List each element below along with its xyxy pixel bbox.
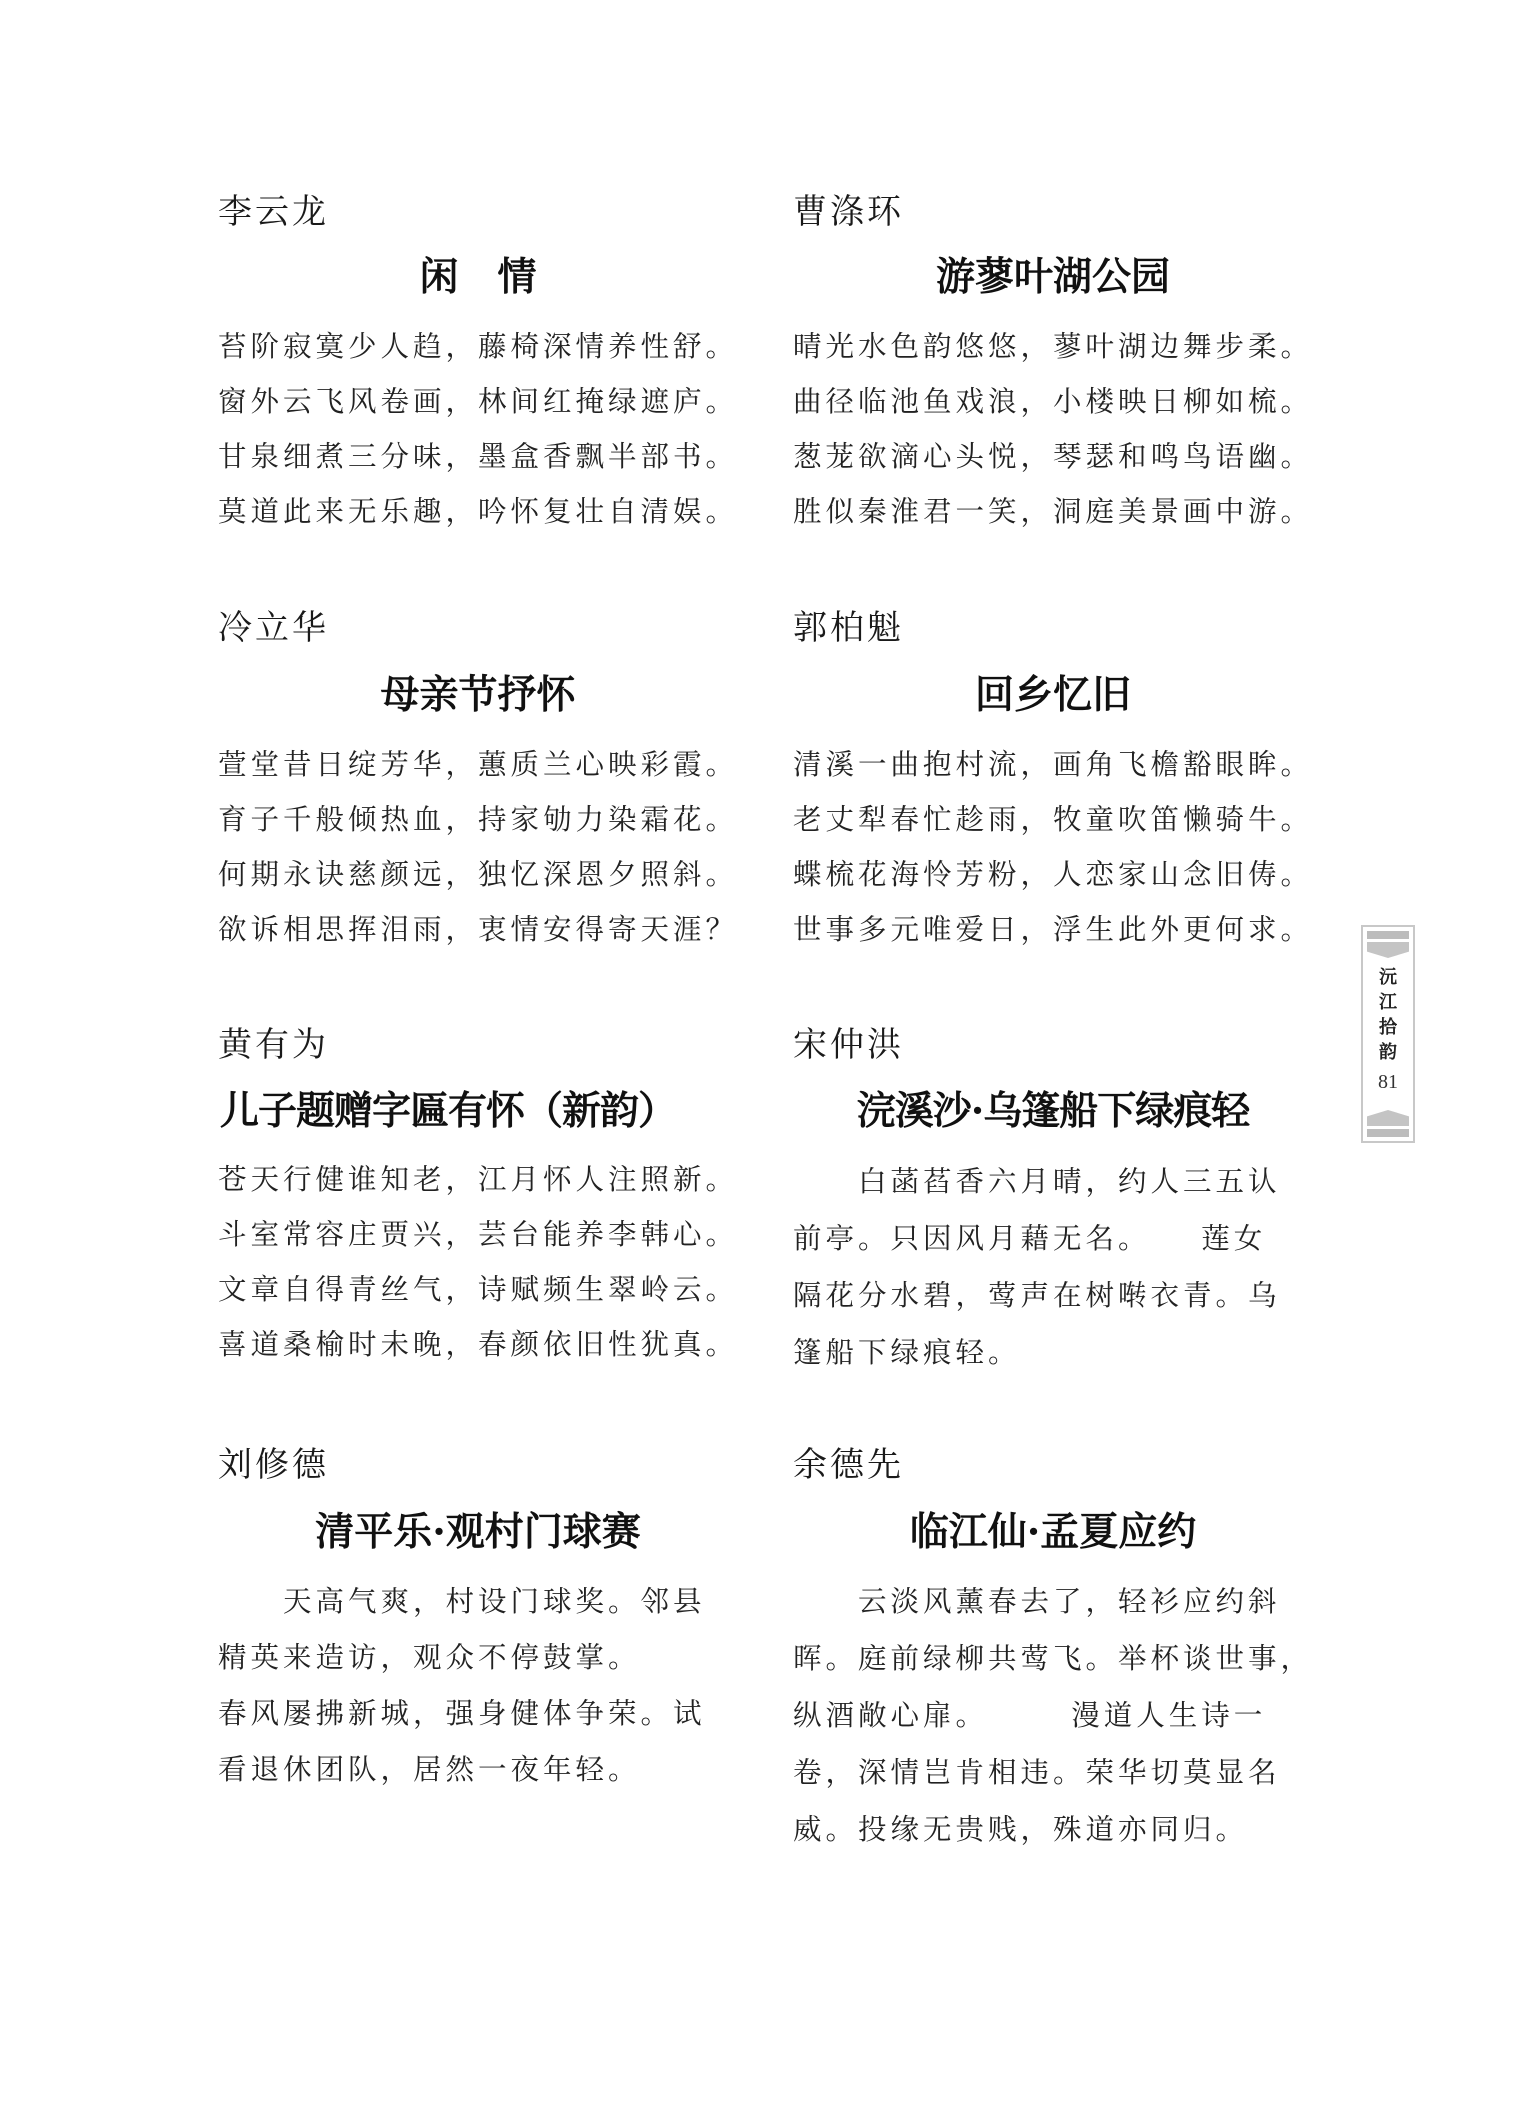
- poem-author: 李云龙: [218, 192, 329, 232]
- poem-line: 精英来造访，观众不停鼓掌。: [218, 1641, 641, 1675]
- poem-line: 看退休团队，居然一夜年轻。: [218, 1753, 641, 1787]
- book-title-char: 江: [1363, 990, 1413, 1015]
- poem-line: 苔阶寂寞少人趋，藤椅深情养性舒。: [218, 330, 738, 364]
- poem-title: 游蓼叶湖公园: [793, 254, 1313, 300]
- poem-author: 黄有为: [218, 1025, 329, 1065]
- poem-line: 蝶梳花海怜芳粉，人恋家山念旧俦。: [793, 858, 1313, 892]
- poem-line: 葱茏欲滴心头悦，琴瑟和鸣鸟语幽。: [793, 440, 1313, 474]
- poem-line: 世事多元唯爱日，浮生此外更何求。: [793, 913, 1313, 947]
- poem-line: 卷，深情岂肯相违。荣华切莫显名: [793, 1756, 1281, 1790]
- poem-title: 临江仙·孟夏应约: [793, 1509, 1313, 1555]
- poem-title: 母亲节抒怀: [218, 672, 738, 718]
- poem-line: 老丈犁春忙趁雨，牧童吹笛懒骑牛。: [793, 803, 1313, 837]
- poem-line: 隔花分水碧，莺声在树啭衣青。乌: [793, 1279, 1281, 1313]
- poem-line: 萱堂昔日绽芳华，蕙质兰心映彩霞。: [218, 748, 738, 782]
- poem-author: 郭柏魁: [793, 608, 904, 648]
- poem-line: 窗外云飞风卷画，林间红掩绿遮庐。: [218, 385, 738, 419]
- section-thumb-tab: 沅 江 拾 韵 81: [1361, 925, 1415, 1143]
- poem-line: 喜道桑榆时未晚，春颜依旧性犹真。: [218, 1328, 738, 1362]
- poem-line: 斗室常容庄贾兴，芸台能养李韩心。: [218, 1218, 738, 1252]
- page-number: 81: [1363, 1070, 1413, 1094]
- poem-title: 儿子题赠字匾有怀（新韵）: [220, 1088, 740, 1134]
- poem-author: 宋仲洪: [793, 1025, 904, 1065]
- poem-line: 甘泉细煮三分味，墨盒香飘半部书。: [218, 440, 738, 474]
- poem-line: 前亭。只因风月藉无名。 莲女: [793, 1222, 1266, 1256]
- poem-author: 冷立华: [218, 608, 329, 648]
- poem-title: 清平乐·观村门球赛: [218, 1509, 738, 1555]
- poem-line: 文章自得青丝气，诗赋频生翠岭云。: [218, 1273, 738, 1307]
- poem-line: 纵酒敞心扉。 漫道人生诗一: [793, 1699, 1266, 1733]
- poem-line: 清溪一曲抱村流，画角飞檐豁眼眸。: [793, 748, 1313, 782]
- poem-line: 曲径临池鱼戏浪，小楼映日柳如梳。: [793, 385, 1313, 419]
- poem-line: 育子千般倾热血，持家劬力染霜花。: [218, 803, 738, 837]
- poem-line: 欲诉相思挥泪雨，衷情安得寄天涯？: [218, 913, 738, 947]
- poem-line: 天高气爽，村设门球奖。邻县: [218, 1585, 706, 1619]
- tab-bottom-bar: [1367, 1129, 1409, 1137]
- poem-author: 余德先: [793, 1445, 904, 1485]
- book-title-char: 韵: [1363, 1040, 1413, 1065]
- book-title-char: 沅: [1363, 965, 1413, 990]
- poem-title: 闲 情: [218, 254, 738, 300]
- poem-line: 篷船下绿痕轻。: [793, 1336, 1021, 1370]
- poem-author: 曹涤环: [793, 192, 904, 232]
- poem-line: 何期永诀慈颜远，独忆深恩夕照斜。: [218, 858, 738, 892]
- tab-top-chevron: [1367, 942, 1409, 958]
- poem-line: 胜似秦淮君一笑，洞庭美景画中游。: [793, 495, 1313, 529]
- poem-line: 晖。庭前绿柳共莺飞。举杯谈世事，: [793, 1642, 1313, 1676]
- poem-line: 春风屡拂新城，强身健体争荣。试: [218, 1697, 706, 1731]
- poem-author: 刘修德: [218, 1445, 329, 1485]
- poem-line: 晴光水色韵悠悠，蓼叶湖边舞步柔。: [793, 330, 1313, 364]
- book-title-vertical: 沅 江 拾 韵: [1363, 965, 1413, 1065]
- book-title-char: 拾: [1363, 1015, 1413, 1040]
- poem-line: 苍天行健谁知老，江月怀人注照新。: [218, 1163, 738, 1197]
- tab-bottom-chevron: [1367, 1110, 1409, 1126]
- poem-line: 白菡萏香六月晴，约人三五认: [793, 1165, 1281, 1199]
- book-page: 李云龙 闲 情 苔阶寂寞少人趋，藤椅深情养性舒。 窗外云飞风卷画，林间红掩绿遮庐…: [0, 0, 1525, 2115]
- tab-top-bar: [1367, 931, 1409, 939]
- poem-title: 回乡忆旧: [793, 672, 1313, 718]
- poem-line: 云淡风薰春去了，轻衫应约斜: [793, 1585, 1281, 1619]
- poem-line: 威。投缘无贵贱，殊道亦同归。: [793, 1813, 1248, 1847]
- poem-title: 浣溪沙·乌篷船下绿痕轻: [793, 1088, 1313, 1134]
- poem-line: 莫道此来无乐趣，吟怀复壮自清娱。: [218, 495, 738, 529]
